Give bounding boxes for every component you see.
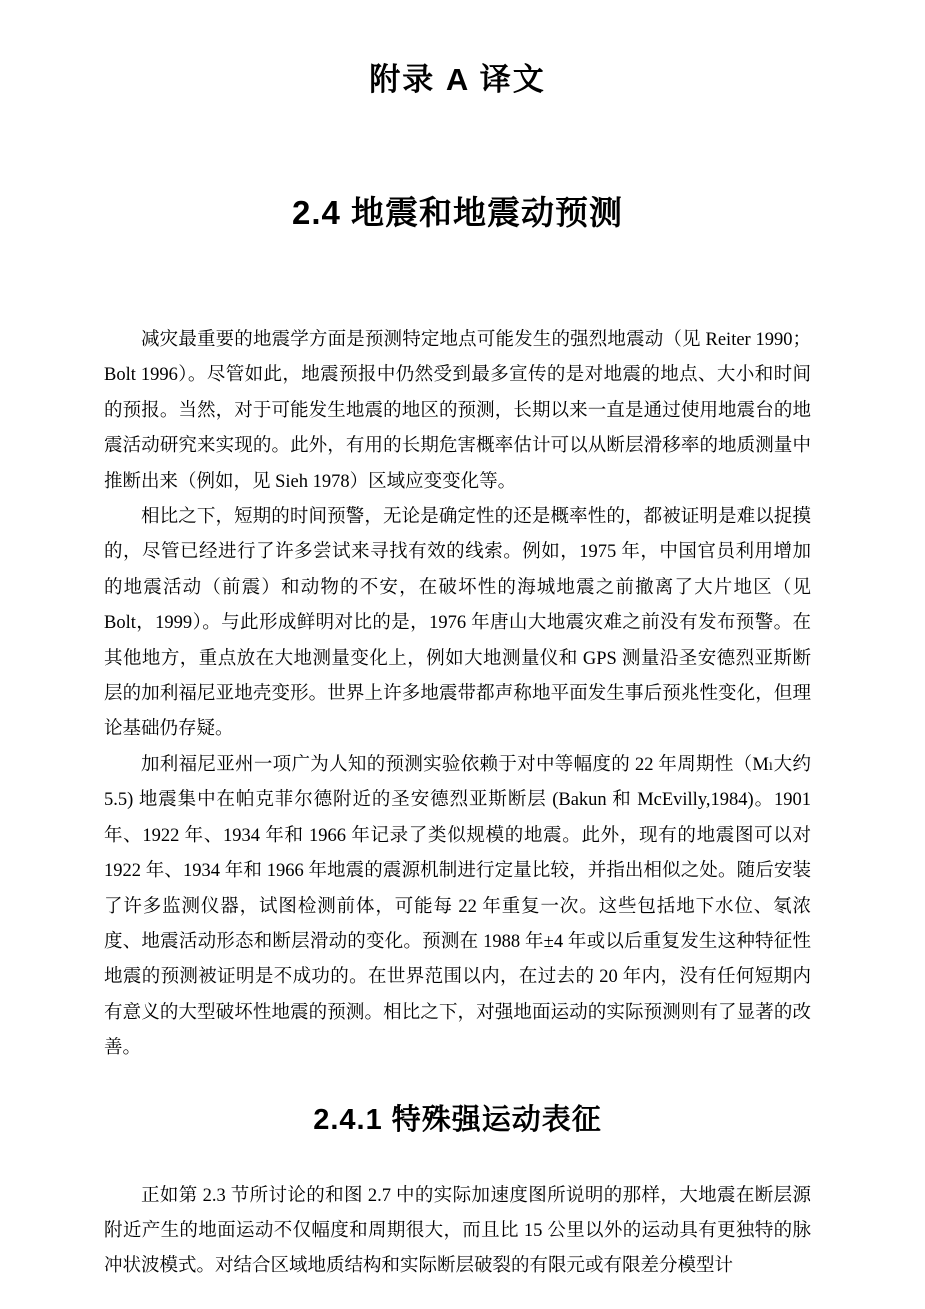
paragraph: 加利福尼亚州一项广为人知的预测实验依赖于对中等幅度的 22 年周期性（Mₗ大约 … bbox=[104, 748, 811, 1067]
paragraph: 正如第 2.3 节所讨论的和图 2.7 中的实际加速度图所说明的那样，大地震在断… bbox=[104, 1179, 811, 1285]
section-heading-2-4: 2.4 地震和地震动预测 bbox=[104, 192, 811, 233]
document-page: 附录 A 译文 2.4 地震和地震动预测 减灾最重要的地震学方面是预测特定地点可… bbox=[0, 0, 925, 1309]
paragraph: 减灾最重要的地震学方面是预测特定地点可能发生的强烈地震动（见 Reiter 19… bbox=[104, 323, 811, 500]
subsection-heading-2-4-1: 2.4.1 特殊强运动表征 bbox=[104, 1101, 811, 1139]
section-2-4-1-body: 正如第 2.3 节所讨论的和图 2.7 中的实际加速度图所说明的那样，大地震在断… bbox=[104, 1179, 811, 1285]
section-2-4-body: 减灾最重要的地震学方面是预测特定地点可能发生的强烈地震动（见 Reiter 19… bbox=[104, 323, 811, 1067]
appendix-title: 附录 A 译文 bbox=[104, 0, 811, 100]
paragraph: 相比之下，短期的时间预警，无论是确定性的还是概率性的，都被证明是难以捉摸的，尽管… bbox=[104, 500, 811, 748]
page-content: 附录 A 译文 2.4 地震和地震动预测 减灾最重要的地震学方面是预测特定地点可… bbox=[0, 0, 925, 1285]
